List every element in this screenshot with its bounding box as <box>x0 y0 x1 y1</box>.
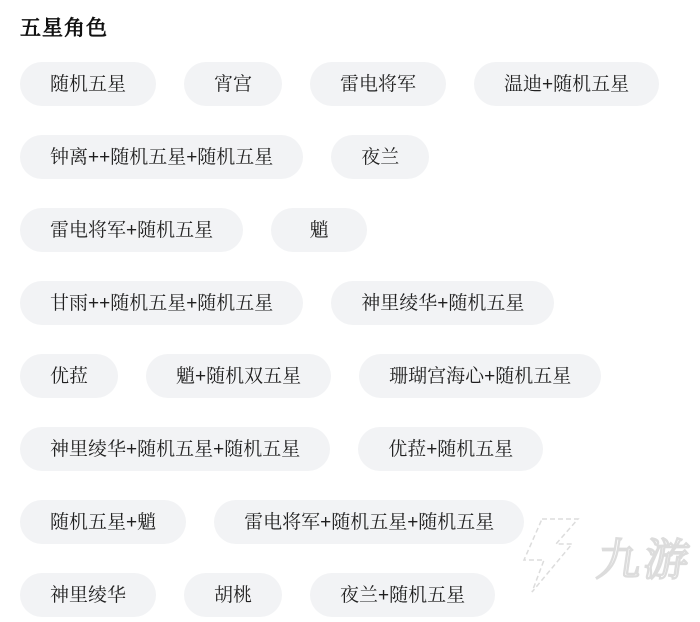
chip-row: 随机五星宵宫雷电将军温迪+随机五星 <box>20 62 680 106</box>
tag-chip[interactable]: 夜兰 <box>331 135 429 179</box>
tag-chip[interactable]: 珊瑚宫海心+随机五星 <box>359 354 601 398</box>
tag-chip[interactable]: 优菈+随机五星 <box>358 427 543 471</box>
tag-chip[interactable]: 优菈 <box>20 354 118 398</box>
tag-chip[interactable]: 甘雨++随机五星+随机五星 <box>20 281 303 325</box>
chip-row: 随机五星+魈雷电将军+随机五星+随机五星 <box>20 500 680 544</box>
tag-chip[interactable]: 魈+随机双五星 <box>146 354 331 398</box>
tag-chip[interactable]: 魈 <box>271 208 367 252</box>
tag-chip[interactable]: 雷电将军 <box>310 62 446 106</box>
tag-chip[interactable]: 雷电将军+随机五星 <box>20 208 243 252</box>
page-title: 五星角色 <box>20 16 680 42</box>
tag-chip[interactable]: 雷电将军+随机五星+随机五星 <box>214 500 524 544</box>
chip-row: 钟离++随机五星+随机五星夜兰 <box>20 135 680 179</box>
chip-row: 优菈魈+随机双五星珊瑚宫海心+随机五星 <box>20 354 680 398</box>
chip-rows: 随机五星宵宫雷电将军温迪+随机五星钟离++随机五星+随机五星夜兰雷电将军+随机五… <box>20 62 680 617</box>
chip-row: 神里绫华+随机五星+随机五星优菈+随机五星 <box>20 427 680 471</box>
content-area: 五星角色 随机五星宵宫雷电将军温迪+随机五星钟离++随机五星+随机五星夜兰雷电将… <box>0 0 700 617</box>
tag-chip[interactable]: 神里绫华+随机五星+随机五星 <box>20 427 330 471</box>
chip-row: 雷电将军+随机五星魈 <box>20 208 680 252</box>
tag-chip[interactable]: 胡桃 <box>184 573 282 617</box>
page: 五星角色 随机五星宵宫雷电将军温迪+随机五星钟离++随机五星+随机五星夜兰雷电将… <box>0 0 700 622</box>
chip-row: 甘雨++随机五星+随机五星神里绫华+随机五星 <box>20 281 680 325</box>
tag-chip[interactable]: 温迪+随机五星 <box>474 62 659 106</box>
tag-chip[interactable]: 随机五星+魈 <box>20 500 186 544</box>
tag-chip[interactable]: 神里绫华 <box>20 573 156 617</box>
chip-row: 神里绫华胡桃夜兰+随机五星 <box>20 573 680 617</box>
tag-chip[interactable]: 神里绫华+随机五星 <box>331 281 554 325</box>
tag-chip[interactable]: 钟离++随机五星+随机五星 <box>20 135 303 179</box>
tag-chip[interactable]: 宵宫 <box>184 62 282 106</box>
tag-chip[interactable]: 夜兰+随机五星 <box>310 573 495 617</box>
tag-chip[interactable]: 随机五星 <box>20 62 156 106</box>
